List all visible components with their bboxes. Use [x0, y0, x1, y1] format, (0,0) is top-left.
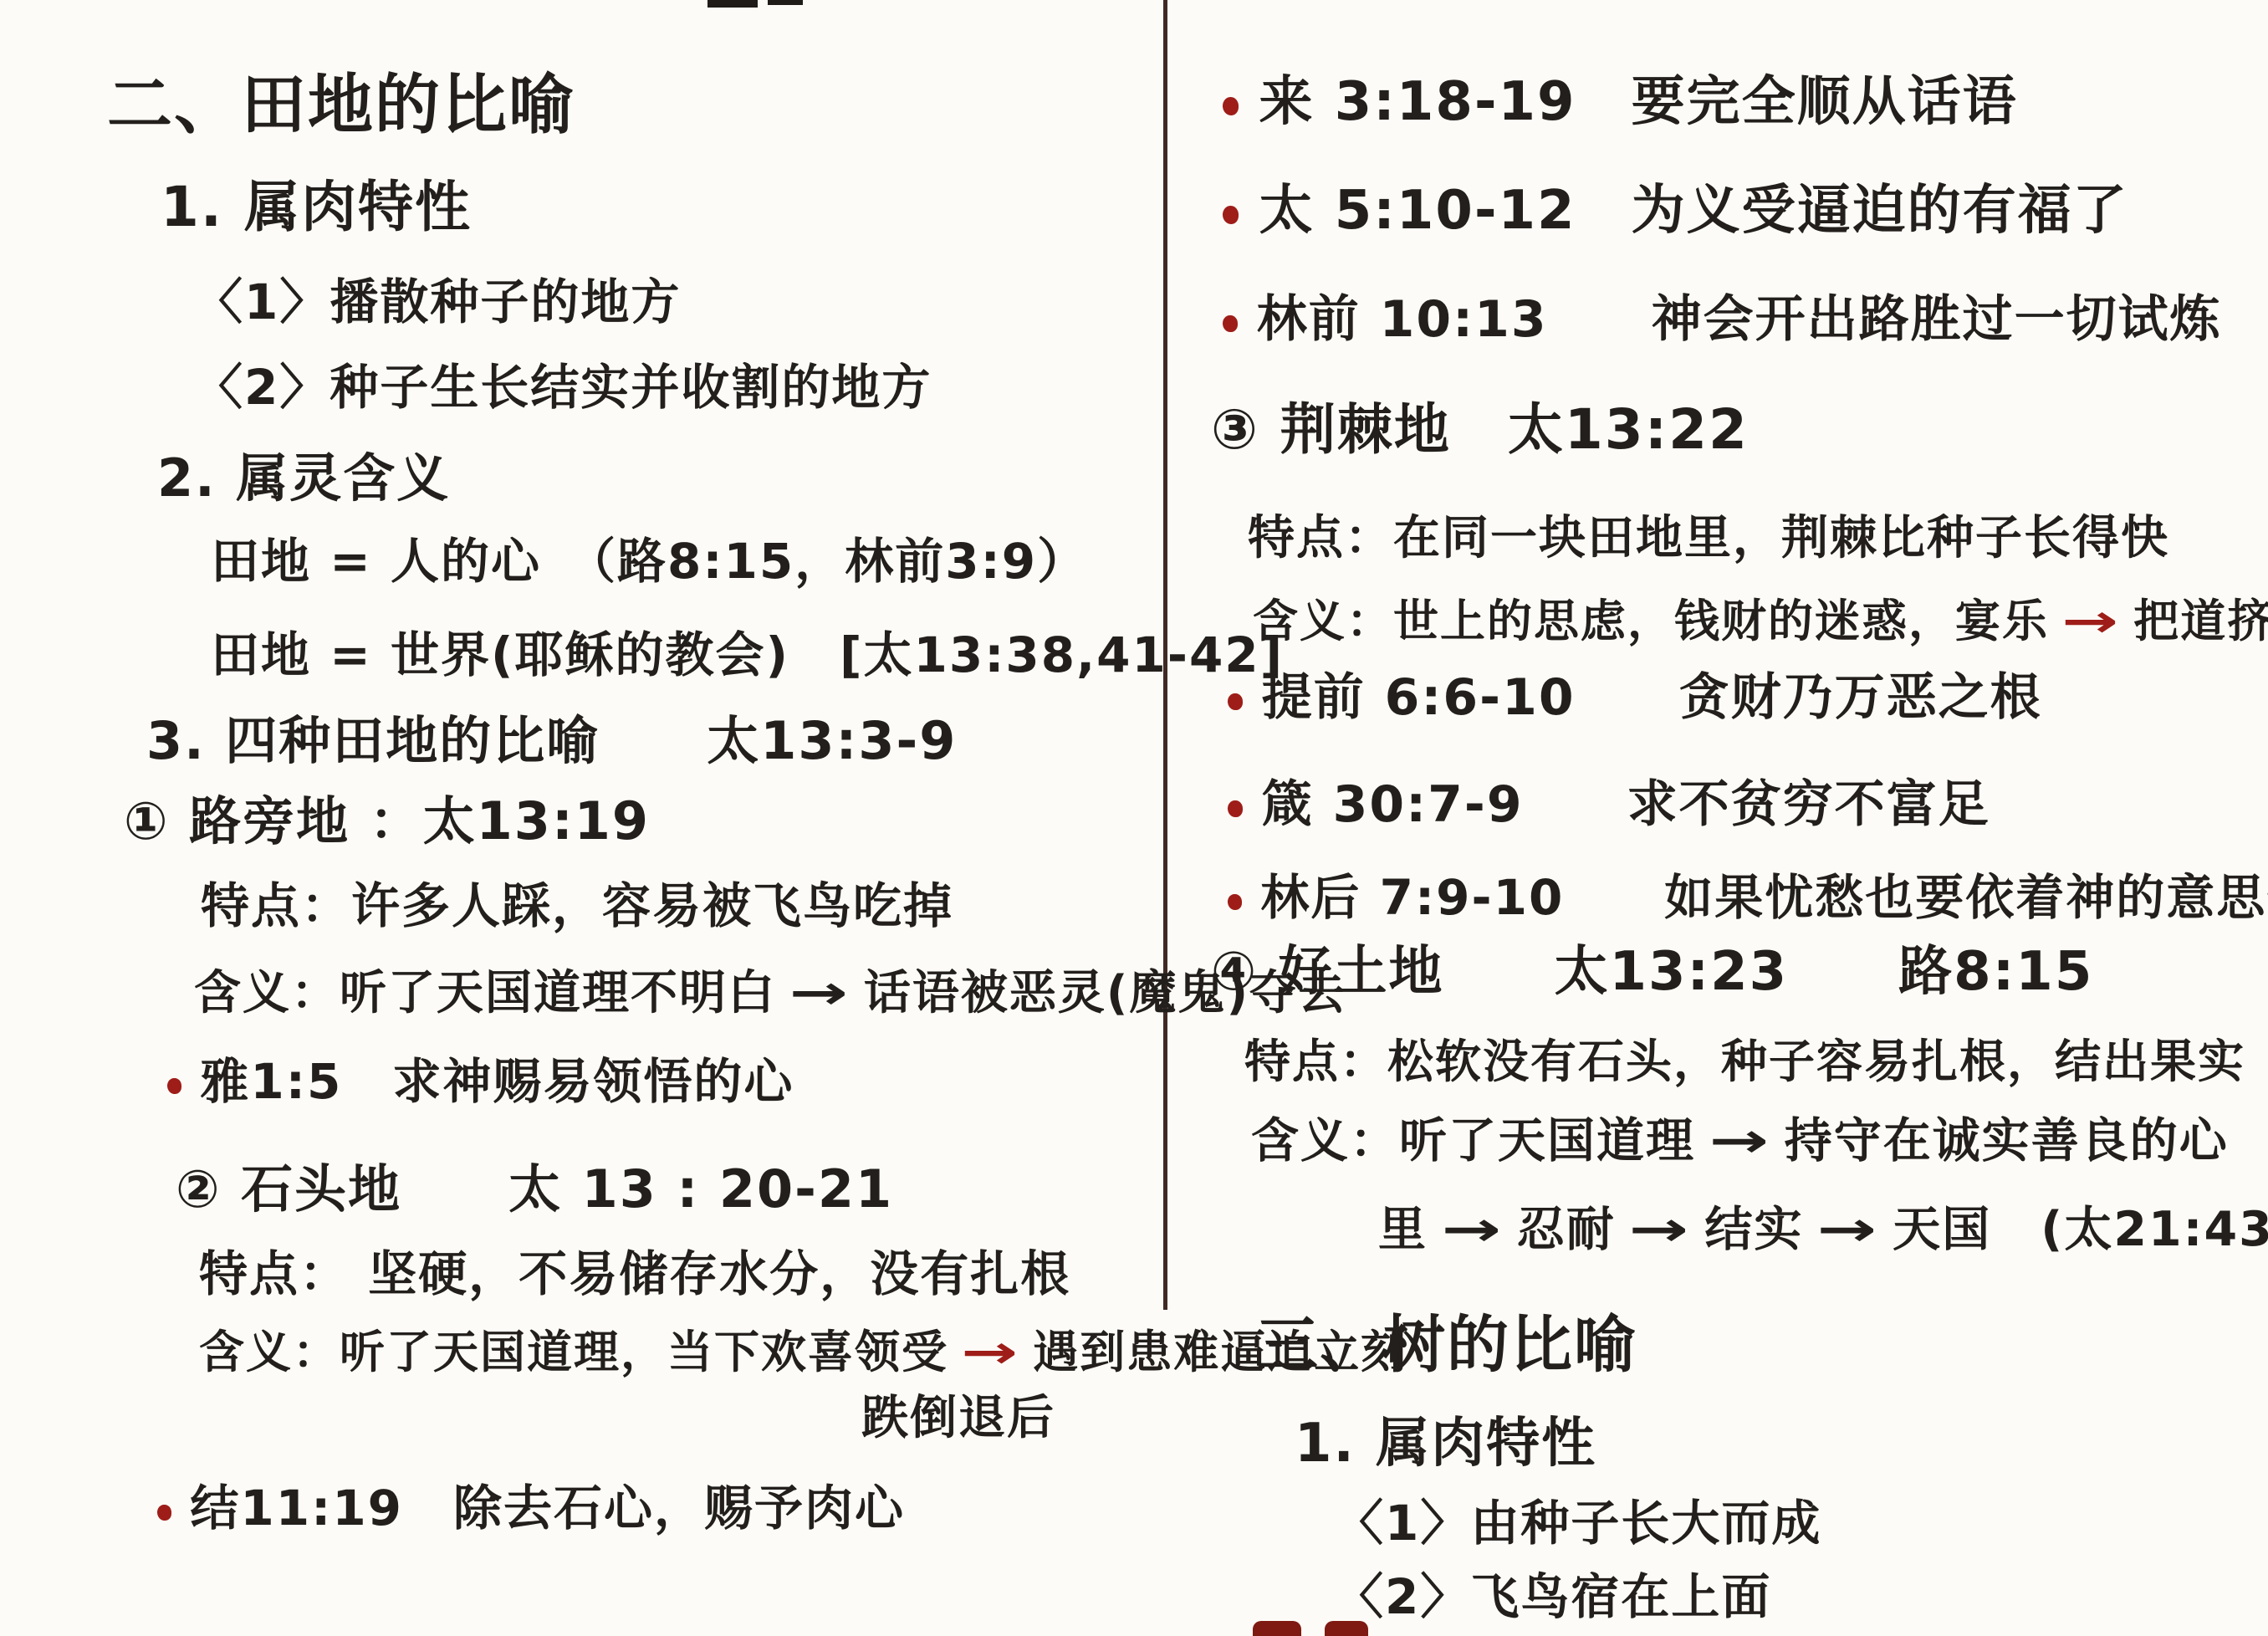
- note-text: 含义：听了天国道理，当下欢喜领受: [199, 1326, 948, 1378]
- item-sow-place: 〈1〉播散种子的地方: [194, 274, 681, 330]
- subheading-four-soils: 3. 四种田地的比喻 太13:3-9: [146, 711, 957, 770]
- bullet-dot-icon: [157, 1505, 171, 1521]
- soil3-trait: 特点：在同一块田地里，荆棘比种子长得快: [1248, 512, 2169, 565]
- heading-field-parable: 二、田地的比喻: [107, 69, 575, 144]
- notes-page: 二、田地的比喻1. 属肉特性〈1〉播散种子的地方〈2〉种子生长结实并收割的地方2…: [0, 0, 2268, 1636]
- verse-ezekiel: 结11:19 除去石心，赐予肉心: [157, 1480, 905, 1536]
- soil1-trait: 特点：许多人踩，容易被飞鸟吃掉: [201, 878, 953, 934]
- soil2-trait: 特点： 坚硬，不易储存水分，没有扎根: [199, 1246, 1070, 1302]
- bottom-edge-red-mark: [1253, 1621, 1301, 1636]
- note-text: ① 路旁地 ：太13:19: [124, 790, 650, 851]
- bullet-dot-icon: [167, 1078, 181, 1095]
- arrow-right-icon: →: [2061, 596, 2121, 647]
- note-text: 〈1〉由种子长大而成: [1335, 1495, 1821, 1552]
- soil2-rocky: ② 石头地 太 13 : 20-21: [176, 1159, 893, 1219]
- tree-item-birds: 〈2〉飞鸟宿在上面: [1335, 1569, 1771, 1625]
- bullet-dot-icon: [1223, 315, 1238, 332]
- verse-1cor: 林前 10:13 神会开出路胜过一切试炼: [1223, 291, 2222, 349]
- soil4-good: ④ 好土地 太13:23 路8:15: [1211, 942, 2093, 1004]
- note-text: 来 3:18-19 要完全顺从话语: [1259, 71, 2018, 133]
- note-text: 林后 7:9-10 如果忧愁也要依着神的意思忧愁: [1260, 869, 2268, 926]
- note-text: 含义：听了天国道理不明白: [194, 966, 776, 1020]
- meaning-field-heart: 田地 = 人的心 （路8:15，林前3:9）: [211, 534, 1087, 590]
- note-text: 〈1〉播散种子的地方: [194, 274, 681, 330]
- soil3-thorny: ③ 荆棘地 太13:22: [1211, 398, 1749, 462]
- note-text: 箴 30:7-9 求不贫穷不富足: [1262, 775, 1990, 834]
- note-text: 把道挤住，不能结实: [2133, 595, 2268, 647]
- note-text: ③ 荆棘地 太13:22: [1211, 397, 1749, 462]
- top-edge-cropped-mark: [707, 0, 758, 8]
- heading-tree-parable: 三、树的比喻: [1256, 1310, 1637, 1381]
- arrow-right-icon: →: [1817, 1203, 1880, 1258]
- note-text: 〈2〉种子生长结实并收割的地方: [194, 359, 932, 416]
- verse-hebrews: 来 3:18-19 要完全顺从话语: [1223, 72, 2018, 134]
- soil2-meaning-cont: 跌倒退后: [861, 1392, 1055, 1445]
- note-text: 田地 = 人的心 （路8:15，林前3:9）: [211, 533, 1087, 590]
- item-grow-harvest-place: 〈2〉种子生长结实并收割的地方: [194, 360, 932, 416]
- note-text: 含义：听了天国道理: [1251, 1113, 1695, 1168]
- verse-proverbs: 箴 30:7-9 求不贫穷不富足: [1228, 776, 1990, 834]
- note-text: 2. 属灵含义: [157, 447, 450, 509]
- soil4-meaning: 含义：听了天国道理→持守在诚实善良的心: [1251, 1114, 2229, 1169]
- arrow-right-icon: →: [789, 967, 850, 1020]
- bullet-dot-icon: [1228, 800, 1243, 817]
- note-text: 含义：世上的思虑，钱财的迷惑，宴乐: [1253, 595, 2049, 647]
- note-text: 林前 10:13 神会开出路胜过一切试炼: [1257, 290, 2222, 349]
- bullet-dot-icon: [1223, 97, 1239, 115]
- note-text: 忍耐: [1517, 1202, 1616, 1257]
- note-text: 特点：松软没有石头，种子容易扎根，结出果实: [1244, 1035, 2245, 1088]
- soil4-meaning-cont: 里→忍耐→结实→天国 (太21:43): [1378, 1203, 2268, 1258]
- note-text: 田地 = 世界(耶稣的教会) [太13:38,41-42]: [211, 626, 1284, 683]
- bullet-dot-icon: [1223, 206, 1239, 224]
- note-text: 提前 6:6-10 贪财乃万恶之根: [1262, 668, 2042, 727]
- note-text: 结11:19 除去石心，赐予肉心: [190, 1480, 905, 1536]
- soil1-meaning: 含义：听了天国道理不明白→话语被恶灵(魔鬼)夺去: [194, 967, 1346, 1020]
- note-text: ② 石头地 太 13 : 20-21: [176, 1158, 893, 1219]
- note-text: 持守在诚实善良的心: [1785, 1113, 2229, 1168]
- note-text: 1. 属肉特性: [1295, 1413, 1596, 1475]
- arrow-right-icon: →: [961, 1327, 1020, 1378]
- arrow-right-icon: →: [1629, 1203, 1692, 1258]
- note-text: 太 5:10-12 为义受逼迫的有福了: [1259, 180, 2128, 242]
- bullet-dot-icon: [1228, 894, 1242, 911]
- soil1-roadside: ① 路旁地 ：太13:19: [124, 791, 650, 851]
- top-edge-cropped-mark: [768, 0, 803, 5]
- arrow-right-icon: →: [1441, 1203, 1504, 1258]
- note-text: 三、树的比喻: [1256, 1309, 1637, 1381]
- note-text: 二、田地的比喻: [107, 68, 575, 143]
- note-text: 特点：在同一块田地里，荆棘比种子长得快: [1248, 511, 2169, 565]
- verse-matthew5: 太 5:10-12 为义受逼迫的有福了: [1223, 181, 2128, 243]
- tree-item-grow: 〈1〉由种子长大而成: [1335, 1495, 1821, 1552]
- note-text: 1. 属肉特性: [161, 175, 472, 239]
- verse-2cor: 林后 7:9-10 如果忧愁也要依着神的意思忧愁: [1228, 870, 2268, 926]
- arrow-right-icon: →: [1709, 1114, 1771, 1169]
- note-text: 雅1:5 求神赐易领悟的心: [200, 1053, 794, 1110]
- note-text: 特点： 坚硬，不易储存水分，没有扎根: [199, 1245, 1070, 1302]
- subheading-fleshly-traits: 1. 属肉特性: [161, 176, 472, 239]
- note-text: 跌倒退后: [861, 1391, 1055, 1445]
- subheading-spiritual-meaning: 2. 属灵含义: [157, 448, 450, 508]
- tree-fleshly-traits: 1. 属肉特性: [1295, 1414, 1596, 1475]
- note-text: 里: [1378, 1202, 1428, 1257]
- note-text: 特点：许多人踩，容易被飞鸟吃掉: [201, 877, 953, 934]
- note-text: 天国 (太21:43): [1893, 1202, 2268, 1257]
- soil3-meaning: 含义：世上的思虑，钱财的迷惑，宴乐→把道挤住，不能结实: [1253, 596, 2268, 647]
- note-text: 结实: [1705, 1202, 1804, 1257]
- bullet-dot-icon: [1228, 693, 1243, 710]
- note-text: 3. 四种田地的比喻 太13:3-9: [146, 710, 957, 771]
- verse-1tim: 提前 6:6-10 贪财乃万恶之根: [1228, 669, 2042, 727]
- note-text: 〈2〉飞鸟宿在上面: [1335, 1568, 1771, 1625]
- note-text: ④ 好土地 太13:23 路8:15: [1211, 941, 2093, 1003]
- meaning-field-world: 田地 = 世界(耶稣的教会) [太13:38,41-42]: [211, 627, 1284, 683]
- verse-james: 雅1:5 求神赐易领悟的心: [167, 1054, 794, 1110]
- soil4-trait: 特点：松软没有石头，种子容易扎根，结出果实: [1244, 1035, 2245, 1088]
- soil2-meaning: 含义：听了天国道理，当下欢喜领受→遇到患难逼迫立刻: [199, 1327, 1407, 1378]
